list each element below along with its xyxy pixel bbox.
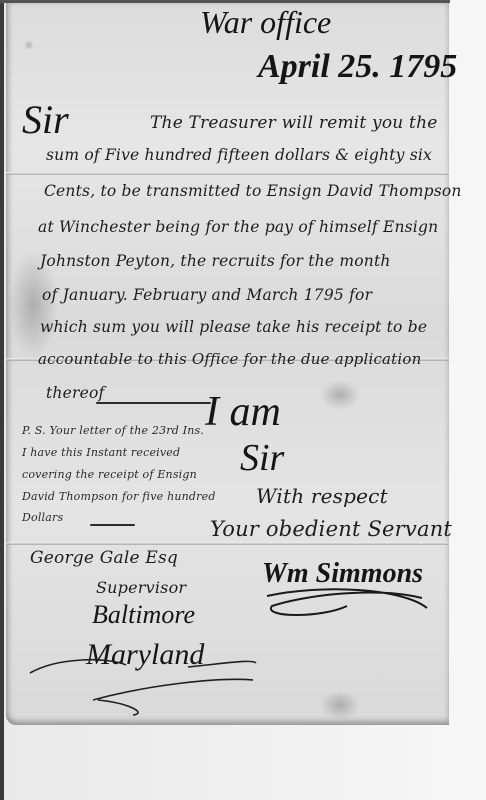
closing-sir: Sir — [240, 436, 284, 480]
signature: Wm Simmons — [262, 558, 423, 590]
closing-servant: Your obedient Servant — [210, 517, 452, 541]
fold-crease-upper — [6, 172, 449, 175]
body-line: The Treasurer will remit you the — [150, 113, 437, 133]
header-date: April 25. 1795 — [258, 48, 457, 86]
postscript-line: David Thompson for five hundred — [22, 490, 216, 503]
body-line: accountable to this Office for the due a… — [38, 350, 422, 368]
addressee-city: Baltimore — [92, 600, 195, 630]
closing-with-respect: With respect — [256, 484, 388, 508]
header-place: War office — [200, 4, 331, 41]
body-line: sum of Five hundred fifteen dollars & ei… — [46, 146, 432, 164]
line-filler-stroke — [96, 402, 211, 404]
postscript-line: covering the receipt of Ensign — [22, 468, 197, 481]
postscript-line: Dollars — [22, 511, 63, 524]
body-line: which sum you will please take his recei… — [40, 318, 427, 336]
signature-flourish — [262, 588, 432, 628]
ink-spot — [24, 40, 34, 50]
scan-left-edge — [0, 0, 4, 800]
body-line: at Winchester being for the pay of himse… — [38, 218, 438, 236]
ink-smudge — [320, 380, 360, 410]
postscript-line: P. S. Your letter of the 23rd Ins. — [22, 424, 204, 437]
addressee-name: George Gale Esq — [30, 548, 178, 568]
line-filler-stroke — [90, 524, 135, 526]
closing-i-am: I am — [205, 388, 281, 436]
body-line: Johnston Peyton, the recruits for the mo… — [40, 252, 391, 270]
postscript-line: I have this Instant received — [22, 446, 180, 459]
fold-crease-lower — [6, 542, 449, 545]
salutation: Sir — [22, 96, 69, 143]
body-line: Cents, to be transmitted to Ensign David… — [44, 182, 462, 200]
body-line: of January. February and March 1795 for — [42, 286, 372, 304]
addressee-flourish — [28, 655, 258, 715]
addressee-title: Supervisor — [96, 578, 186, 597]
paper-stain — [320, 690, 360, 720]
body-line: thereof — [46, 384, 104, 402]
